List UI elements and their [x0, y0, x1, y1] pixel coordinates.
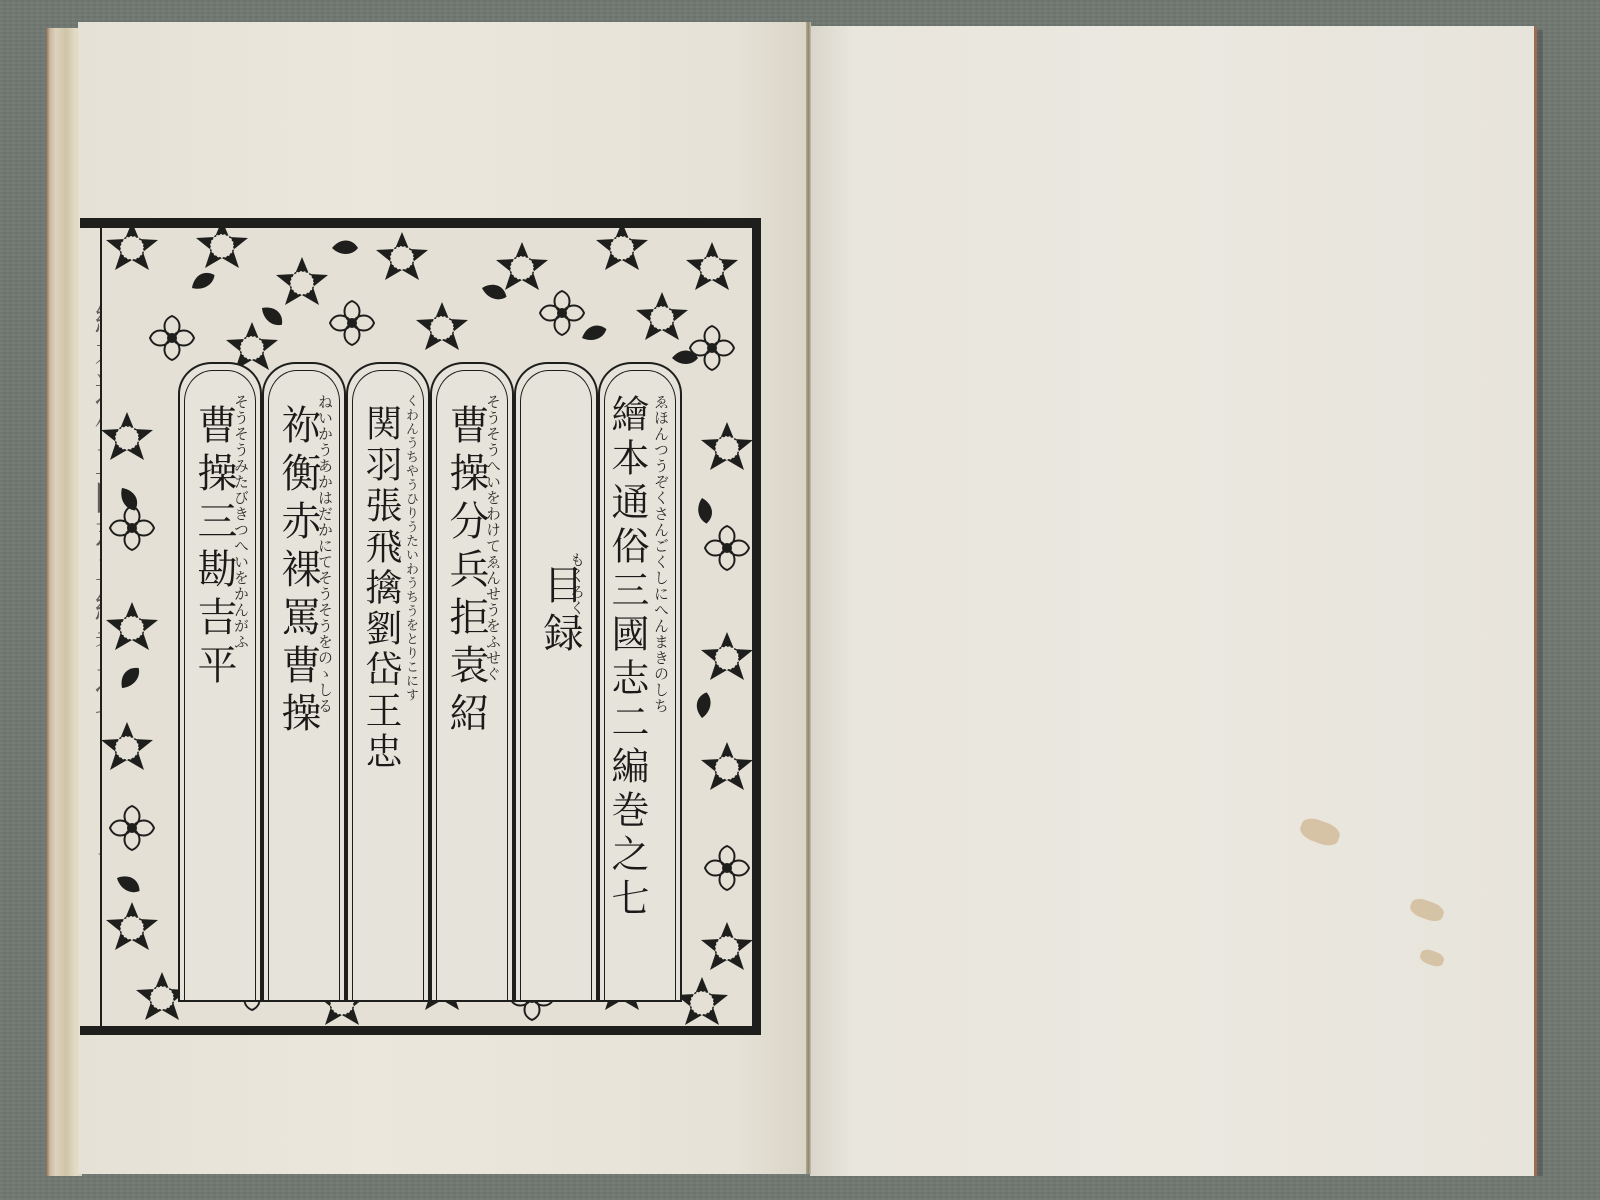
chapter-title: 曹操分兵拒袁紹	[446, 404, 486, 740]
toc-chapter-entry: そうそうへいをわけてゑんせうをふせぐ 曹操分兵拒袁紹	[430, 362, 514, 1002]
chapter-title: 関羽張飛擒劉岱王忠	[362, 404, 399, 773]
toc-chapter-entry: くわんうちやうひりうたいわうちうをとりこにす 関羽張飛擒劉岱王忠	[346, 362, 430, 1002]
book-gutter	[806, 22, 811, 1174]
toc-chapter-entry: ねいかうあかはだかにてそうそうをのゝしる 祢衡赤裸罵曹操	[262, 362, 346, 1002]
right-page	[810, 26, 1537, 1176]
chapter-title: 祢衡赤裸罵曹操	[278, 404, 318, 740]
toc-title-column: ゑほんつうぞくさんごくしにへんまきのしち 繪本通俗三國志二編巻之七	[598, 362, 682, 1002]
toc-chapter-entry: そうそうみたびきつへいをかんがふ 曹操三勘吉平	[178, 362, 262, 1002]
printed-frame-inner-line	[100, 228, 102, 1026]
foxing-stain	[1418, 947, 1445, 968]
furigana: ゑほんつうぞくさんごくしにへんまきのしち	[651, 394, 672, 714]
page-stack-edge	[46, 28, 82, 1176]
foxing-stain	[1297, 815, 1342, 849]
page-shadow	[1537, 30, 1543, 1176]
foxing-stain	[1408, 896, 1446, 925]
toc-heading-column: もくろく 目録	[514, 362, 598, 1002]
volume-title: 繪本通俗三國志二編巻之七	[608, 394, 646, 922]
chapter-title: 曹操三勘吉平	[194, 404, 234, 692]
furigana: くわんうちやうひりうたいわうちうをとりこにす	[401, 394, 420, 702]
contents-heading: 目録	[540, 564, 580, 660]
table-of-contents: ゑほんつうぞくさんごくしにへんまきのしち 繪本通俗三國志二編巻之七 もくろく 目…	[178, 362, 682, 1010]
